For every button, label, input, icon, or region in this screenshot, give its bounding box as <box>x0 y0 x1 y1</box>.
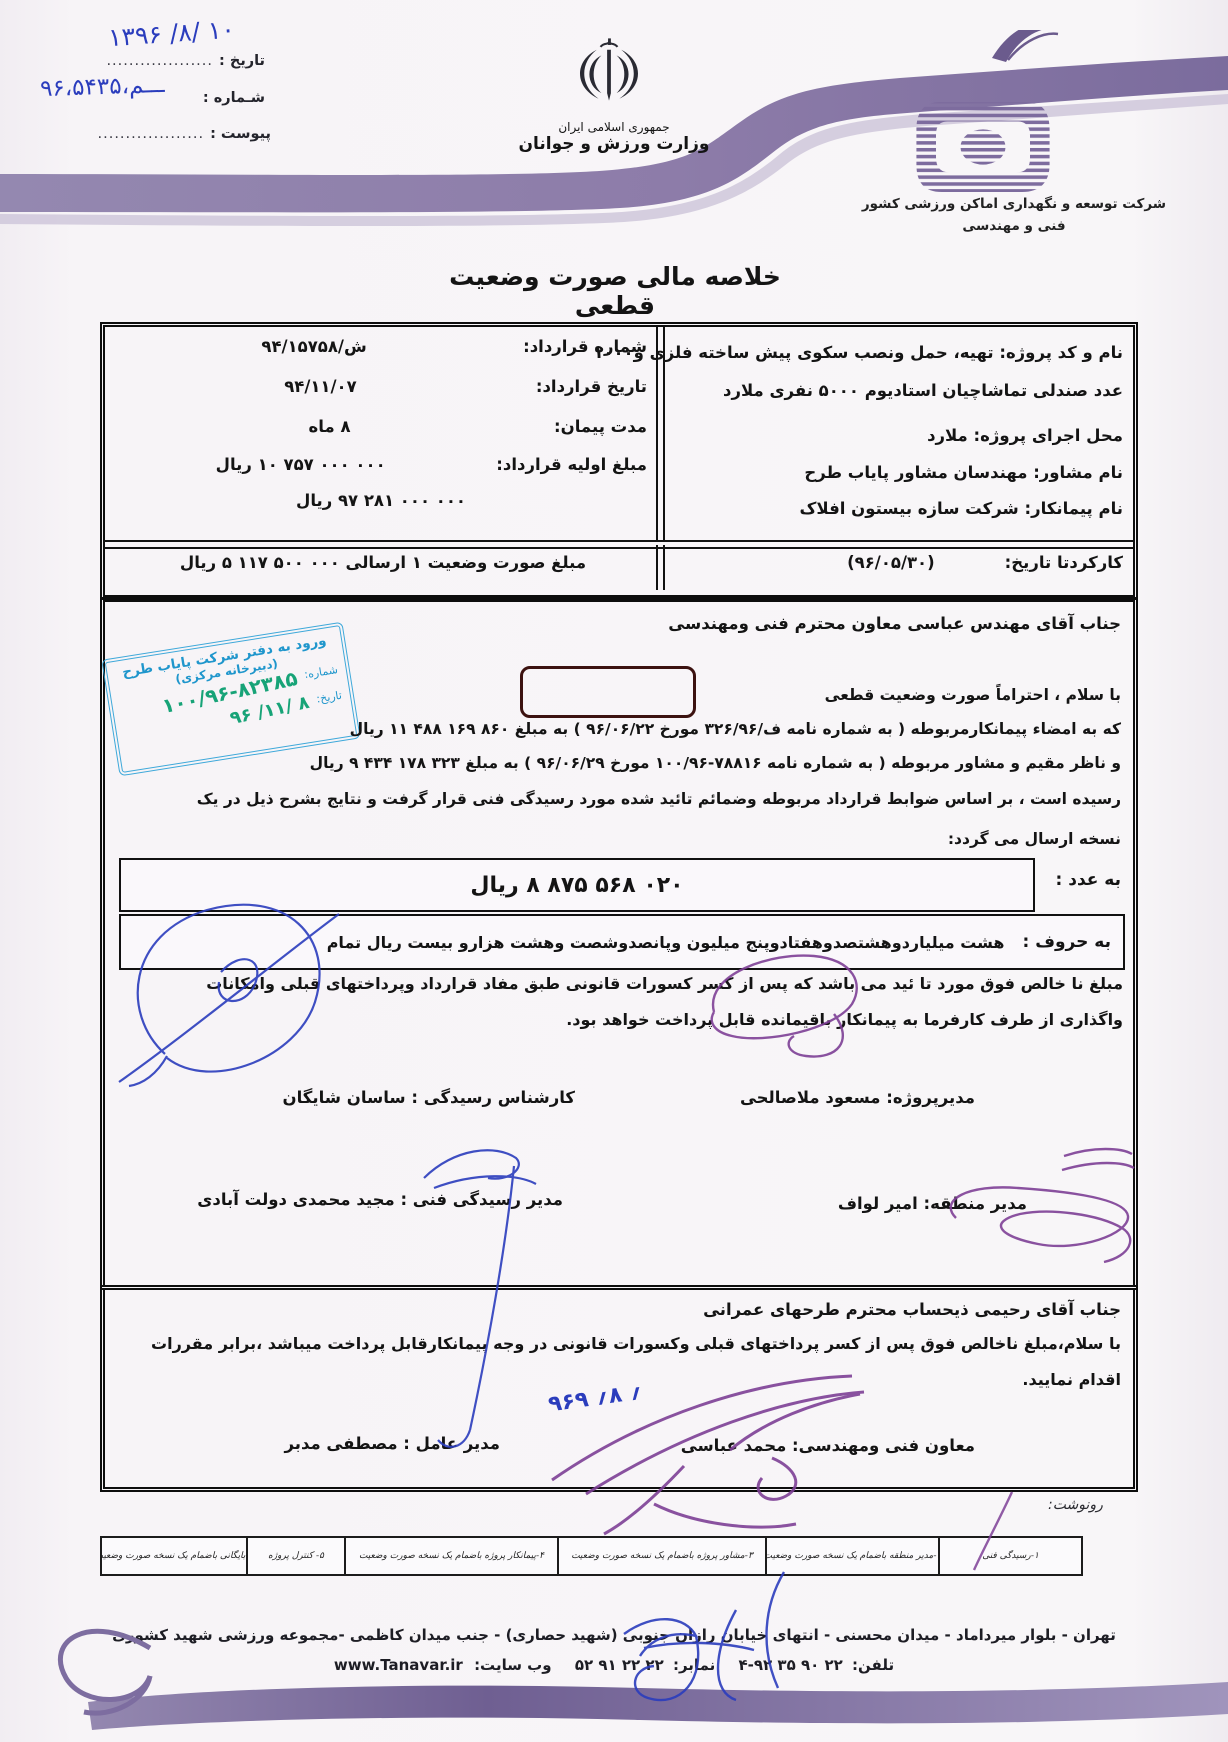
ronevesht-label: رونوشت: <box>1048 1497 1103 1513</box>
sent-statement-row: مبلغ صورت وضعیت ۱ ارسالی ۵ ۱۱۷ ۵۰۰ ۰۰۰ ر… <box>113 553 653 572</box>
amount-digits: ۸ ۸۷۵ ۵۶۸ ۰۲۰ ریال <box>470 873 683 898</box>
l2-ref-number: ۱۰۰/۹۶-۷۸۸۱۶ <box>655 754 762 772</box>
consultant-value: مهندسان مشاور پایاب طرح <box>804 463 1027 482</box>
sent-statement-unit: ریال <box>180 553 216 572</box>
l2-mid: مورخ <box>610 754 649 772</box>
letter1-line3: رسیده است ، بر اساس ضوابط قرارداد مربوطه… <box>197 790 1121 808</box>
initial-amount-row-2: ۹۷ ۲۸۱ ۰۰۰ ۰۰۰ ریال <box>115 491 647 510</box>
letter2-line2: اقدام نمایید. <box>1022 1370 1121 1389</box>
amount-words-label: به حروف : <box>1023 932 1111 952</box>
contract-date-label: تاریخ قرارداد: <box>536 377 647 396</box>
letter1-line1: که به امضاء پیمانکارمربوطه ( به شماره نا… <box>350 720 1121 738</box>
national-emblem-icon <box>576 38 642 118</box>
consultant-row: نام مشاور: مهندسان مشاور پایاب طرح <box>804 463 1123 482</box>
ministry-name: وزارت ورزش و جوانان <box>510 134 718 154</box>
initial-amount-number-2: ۹۷ ۲۸۱ ۰۰۰ ۰۰۰ <box>338 491 466 510</box>
initial-amount-number: ۱۰ ۷۵۷ ۰۰۰ ۰۰۰ <box>258 455 386 474</box>
contractor-value: شرکت سازه بیستون افلاک <box>800 499 1019 518</box>
contractor-row: نام پیمانکار: شرکت سازه بیستون افلاک <box>800 499 1123 518</box>
stamp-number-label: شماره: <box>303 663 338 681</box>
project-value-1: تهیه، حمل ونصب سکوی پیش ساخته فلزی و۱۰۰۰ <box>593 343 993 362</box>
l2-pre: و ناظر مقیم و مشاور مربوطه ( به شماره نا… <box>767 754 1121 772</box>
amount-digits-number: ۸ ۸۷۵ ۵۶۸ ۰۲۰ <box>526 873 683 898</box>
project-value-2: عدد صندلی تماشاچیان استادیوم ۵۰۰۰ نفری م… <box>723 381 1123 400</box>
signature-payab-handwriting <box>588 1550 808 1708</box>
location-row: محل اجرای پروژه: ملارد <box>927 426 1123 445</box>
consultant-label: نام مشاور: <box>1033 463 1123 482</box>
signature-deputy <box>534 1354 878 1550</box>
work-until-label: کارکردتا تاریخ: <box>1005 553 1123 572</box>
letter2-greeting: جناب آقای رحیمی ذیحساب محترم طرحهای عمرا… <box>703 1300 1121 1319</box>
company-division: فنی و مهندسی <box>938 218 1090 234</box>
l1-post: ) به مبلغ <box>515 720 581 738</box>
contract-no-row: شماره قرارداد: ش/۹۴/۱۵۷۵۸ <box>115 337 647 356</box>
contract-no-value: ش/۹۴/۱۵۷۵۸ <box>261 337 366 356</box>
work-until-row: کارکردتا تاریخ: (۹۶/۰۵/۳۰) <box>665 553 1123 572</box>
initial-amount-label: مبلغ اولیه قرارداد: <box>496 455 647 474</box>
l2-date: ۹۶/۰۶/۲۹ <box>537 754 605 772</box>
initial-amount-value: ۱۰ ۷۵۷ ۰۰۰ ۰۰۰ ریال <box>216 455 386 474</box>
work-until-value: (۹۶/۰۵/۳۰) <box>847 553 935 572</box>
initial-amount-unit-2: ریال <box>296 491 332 510</box>
location-label: محل اجرای پروژه: <box>974 426 1123 445</box>
letter1-salam: با سلام ، احتراماً صورت وضعیت قطعی <box>825 686 1121 704</box>
project-label: نام و کد پروژه: <box>999 343 1123 362</box>
gov-line1: جمهوری اسلامی ایران <box>536 120 692 134</box>
signature-review-expert <box>103 886 351 1098</box>
contract-date-value: ۹۴/۱۱/۰۷ <box>284 377 356 396</box>
signature-region-manager <box>926 1140 1138 1272</box>
initial-amount-unit: ریال <box>216 455 252 474</box>
amount-digits-unit: ریال <box>470 873 518 898</box>
contract-date-row: تاریخ قرارداد: ۹۴/۱۱/۰۷ <box>115 377 647 396</box>
contract-no-label: شماره قرارداد: <box>523 337 647 356</box>
date-field: تاریخ : ................... <box>63 53 265 69</box>
date-dots: ................... <box>106 53 213 69</box>
contract-info-table: نام و کد پروژه: تهیه، حمل ونصب سکوی پیش … <box>100 322 1138 600</box>
signature-stroke-extra <box>968 1486 1020 1576</box>
empty-amount-box <box>520 666 696 718</box>
date-label: تاریخ : <box>219 53 265 69</box>
project-row-2: عدد صندلی تماشاچیان استادیوم ۵۰۰۰ نفری م… <box>723 381 1123 400</box>
project-manager-label: مدیرپروژه: مسعود ملاصالحی <box>645 1088 975 1107</box>
company-logo-icon <box>914 100 1052 194</box>
attachment-dots: ................... <box>98 126 205 142</box>
l1-mid: مورخ <box>660 720 699 738</box>
duration-row: مدت پیمان: ۸ ماه <box>115 417 647 436</box>
l2-post: ) به مبلغ <box>465 754 531 772</box>
letter1-line2: و ناظر مقیم و مشاور مربوطه ( به شماره نا… <box>310 754 1121 772</box>
duration-label: مدت پیمان: <box>554 417 647 436</box>
l1-date: ۹۶/۰۶/۲۲ <box>586 720 654 738</box>
l1-pre: که به امضاء پیمانکارمربوطه ( به شماره نا… <box>786 720 1121 738</box>
initial-amount-row: مبلغ اولیه قرارداد: ۱۰ ۷۵۷ ۰۰۰ ۰۰۰ ریال <box>115 455 647 474</box>
company-name: شرکت توسعه و نگهداری اماکن ورزشی کشور <box>856 196 1172 212</box>
scanned-letter-page: تاریخ : ................... ۱۳۹۶ /۸/ ۱۰ … <box>0 0 1228 1742</box>
letter1-line4: نسخه ارسال می گردد: <box>948 830 1121 848</box>
amount-words-value: هشت میلیاردوهشتصدوهفتادوپنج میلیون وپانص… <box>327 933 1005 952</box>
l1-amount: ۱۱ ۴۸۸ ۱۶۹ ۸۶۰ <box>389 720 509 738</box>
project-row: نام و کد پروژه: تهیه، حمل ونصب سکوی پیش … <box>593 343 1123 362</box>
letter1-greeting: جناب آقای مهندس عباسی معاون محترم فنی وم… <box>668 614 1121 633</box>
duration-value: ۸ ماه <box>309 417 351 436</box>
contractor-label: نام پیمانکار: <box>1024 499 1123 518</box>
distribution-cell-4: ۴-پیمانکار پروژه باضمام یک نسخه صورت وضع… <box>344 1536 559 1576</box>
stamp-date-label: تاریخ: <box>315 689 342 706</box>
signature-project-manager <box>686 946 870 1068</box>
distribution-cell-6: ۶-بایگانی باضمام یک نسخه صورت وضعیت <box>100 1536 248 1576</box>
table-vertical-divider-2 <box>656 545 665 590</box>
distribution-cell-5: ۵- کنترل پروژه <box>246 1536 346 1576</box>
l2-unit: ریال <box>310 754 344 772</box>
attachment-label: پیوست : <box>210 126 271 142</box>
location-value: ملارد <box>927 426 968 445</box>
l1-unit: ریال <box>350 720 384 738</box>
document-title: خلاصه مالی صورت وضعیت قطعی <box>420 262 810 320</box>
signature-tech-review-manager <box>366 1136 552 1462</box>
l1-ref-number: ۳۲۶/ف/۹۶ <box>704 720 781 738</box>
sent-statement-label: مبلغ صورت وضعیت ۱ ارسالی <box>346 553 587 572</box>
letter2-line1: با سلام،مبلغ ناخالص فوق پس از کسر پرداخت… <box>151 1334 1121 1353</box>
table-horizontal-divider <box>105 540 1133 549</box>
l2-amount: ۹ ۴۳۴ ۱۷۸ ۳۲۳ <box>349 754 460 772</box>
amount-digits-label: به عدد : <box>1056 870 1122 890</box>
sent-statement-amount: ۵ ۱۱۷ ۵۰۰ ۰۰۰ <box>222 553 340 572</box>
attachment-field: پیوست : ................... <box>63 126 271 142</box>
